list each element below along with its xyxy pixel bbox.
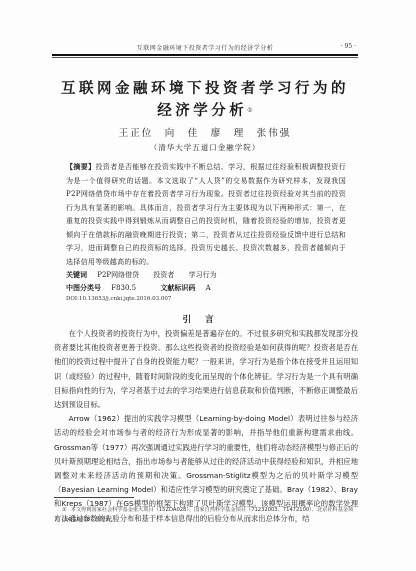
abstract-text: 投资者是否能够在投资实践中不断总结、学习，根据过往经验积极调整投资行为是一个值得… xyxy=(66,163,346,266)
clc-value: F830.5 xyxy=(111,284,136,292)
affiliation: （清华大学五道口金融学院） xyxy=(52,142,358,153)
paragraph: 在个人投资者的投资行为中，投资偏差是普遍存在的。不过很多研究和实践都发现部分投资… xyxy=(54,327,358,412)
running-head-title: 互联网金融环境下投资者学习行为的经济学分析 xyxy=(52,43,358,52)
doi[interactable]: DOI:10.13653/j.cnki.jqte.2016.03.007 xyxy=(66,296,346,302)
keywords-label: 关键词 xyxy=(66,271,87,279)
abstract: 【摘要】投资者是否能够在投资实践中不断总结、学习，根据过往经验积极调整投资行为是… xyxy=(66,161,346,269)
abstract-label: 【摘要】 xyxy=(66,163,95,171)
header-rule-thick xyxy=(52,54,358,56)
article-title-line1: 互联网金融环境下投资者学习行为的 xyxy=(52,78,358,100)
keyword: P2P网络借贷 xyxy=(97,271,139,279)
footnote: ①本文得到国家社会科学基金重大项目（15ZDA028）、国家自然科学基金项目（7… xyxy=(54,506,358,525)
section-heading: 引言 xyxy=(52,313,358,325)
doc-code-label: 文献标识码 xyxy=(160,284,195,292)
keywords: 关键词 P2P网络借贷 投资者 学习行为 xyxy=(66,270,346,280)
title-footnote-mark[interactable]: ① xyxy=(247,107,252,114)
keyword: 学习行为 xyxy=(189,271,217,279)
journal-page: 互联网金融环境下投资者学习行为的经济学分析 · 95 · 互联网金融环境下投资者… xyxy=(0,0,416,571)
article-title-line2: 经济学分析① xyxy=(52,100,358,122)
article-title: 互联网金融环境下投资者学习行为的 经济学分析① xyxy=(52,78,358,122)
clc-label: 中图分类号 xyxy=(66,284,101,292)
header-rule-thin xyxy=(52,57,358,58)
footnote-rule xyxy=(54,497,134,498)
keyword: 投资者 xyxy=(153,271,174,279)
page-number: · 95 · xyxy=(341,43,356,50)
article-title-line2-text: 经济学分析 xyxy=(157,102,247,119)
classification: 中图分类号 F830.5 文献标识码 A xyxy=(66,283,346,293)
author-list: 王正位 向 佳 廖 理 张伟强 xyxy=(52,125,358,139)
doc-code-value: A xyxy=(206,284,211,292)
footnote-mark: ① xyxy=(62,507,67,513)
running-head: 互联网金融环境下投资者学习行为的经济学分析 · 95 · xyxy=(52,43,358,53)
footnote-text: 本文得到国家社会科学基金重大项目（15ZDA028）、国家自然科学基金项目（71… xyxy=(54,507,353,523)
